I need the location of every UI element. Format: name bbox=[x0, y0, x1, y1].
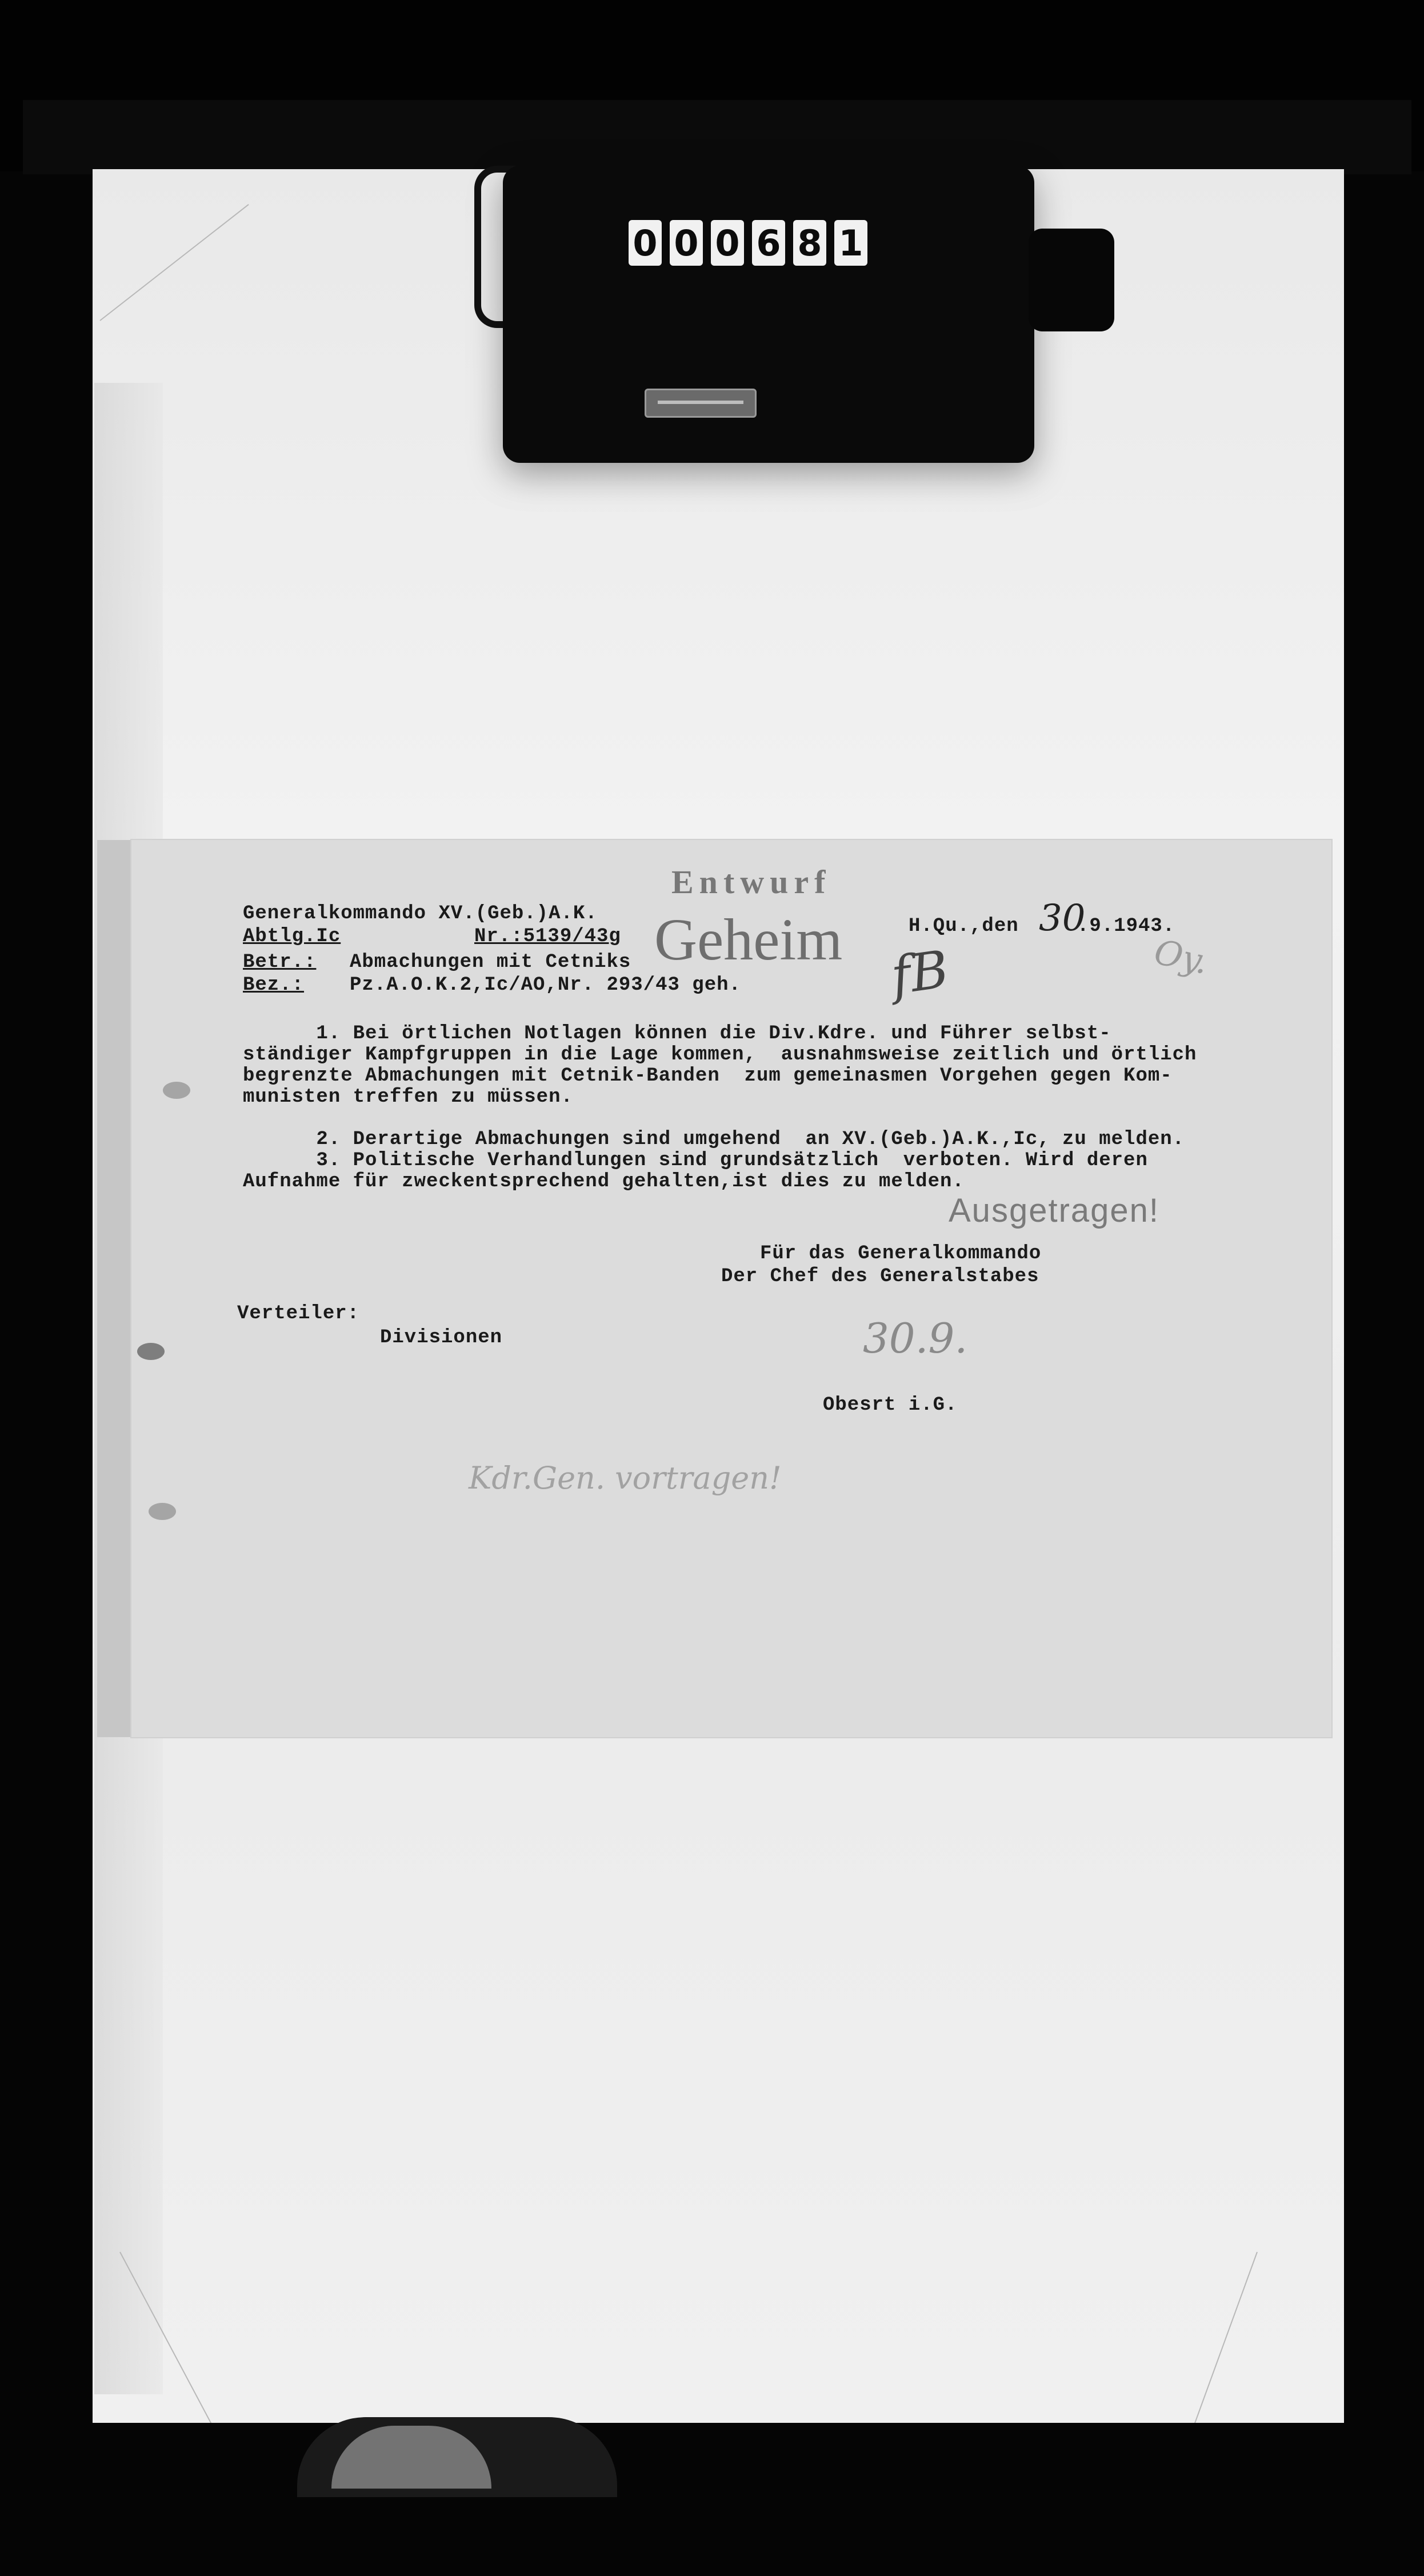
reference-text: Pz.A.O.K.2,Ic/AO,Nr. 293/43 geh. bbox=[350, 974, 741, 996]
punch-hole bbox=[149, 1503, 176, 1520]
registered-stamp: Ausgetragen! bbox=[949, 1191, 1159, 1230]
punch-hole bbox=[163, 1082, 190, 1099]
counter-digit: 0 bbox=[670, 220, 703, 266]
distribution-label: Verteiler: bbox=[237, 1303, 359, 1325]
distribution-recipient: Divisionen bbox=[380, 1327, 502, 1349]
paragraph-1-line: munisten treffen zu müssen. bbox=[243, 1086, 573, 1108]
paragraph-3-line: Aufnahme für zweckentsprechend gehalten,… bbox=[243, 1171, 965, 1193]
film-border-bottom bbox=[0, 2423, 1424, 2576]
paragraph-1-line: 1. Bei örtlichen Notlagen können die Div… bbox=[243, 1023, 1111, 1045]
counter-nameplate bbox=[645, 389, 757, 418]
subject-text: Abmachungen mit Cetniks bbox=[350, 951, 631, 973]
counter-digit: 1 bbox=[834, 220, 867, 266]
counter-knob bbox=[1029, 229, 1114, 331]
frame-counter-digits: 0 0 0 6 8 1 bbox=[629, 220, 867, 266]
paragraph-1-line: begrenzte Abmachungen mit Cetnik-Banden … bbox=[243, 1065, 1173, 1087]
handwritten-initials-center: fB bbox=[887, 939, 952, 1007]
reference-label: Bez.: bbox=[243, 974, 304, 996]
paragraph-1-line: ständiger Kampfgruppen in die Lage komme… bbox=[243, 1044, 1197, 1066]
signatory-rank: Obesrt i.G. bbox=[823, 1394, 957, 1416]
handwritten-note: Kdr.Gen. vortragen! bbox=[469, 1460, 782, 1496]
signature-line-2: Der Chef des Generalstabes bbox=[721, 1266, 1039, 1287]
counter-digit: 6 bbox=[752, 220, 785, 266]
counter-digit: 8 bbox=[793, 220, 826, 266]
classification-stamp: Geheim bbox=[654, 906, 842, 974]
punch-hole bbox=[137, 1343, 165, 1360]
handwritten-signature-date: 30.9. bbox=[863, 1314, 967, 1362]
signature-line-1: Für das Generalkommando bbox=[760, 1243, 1041, 1265]
sender-line: Generalkommando XV.(Geb.)A.K. bbox=[243, 903, 598, 925]
reference-number: Nr.:5139/43g bbox=[474, 926, 621, 947]
paragraph-2: 2. Derartige Abmachungen sind umgehend a… bbox=[243, 1129, 1185, 1150]
counter-digit: 0 bbox=[629, 220, 662, 266]
frame-counter-device bbox=[503, 166, 1034, 463]
draft-stamp: Entwurf bbox=[671, 863, 831, 901]
counter-digit: 0 bbox=[711, 220, 744, 266]
paragraph-3-line: 3. Politische Verhandlungen sind grundsä… bbox=[243, 1150, 1148, 1171]
film-band bbox=[23, 100, 1411, 174]
subject-label: Betr.: bbox=[243, 951, 316, 973]
place-date-prefix: H.Qu.,den bbox=[909, 915, 1019, 937]
department-label: Abtlg.Ic bbox=[243, 926, 341, 947]
